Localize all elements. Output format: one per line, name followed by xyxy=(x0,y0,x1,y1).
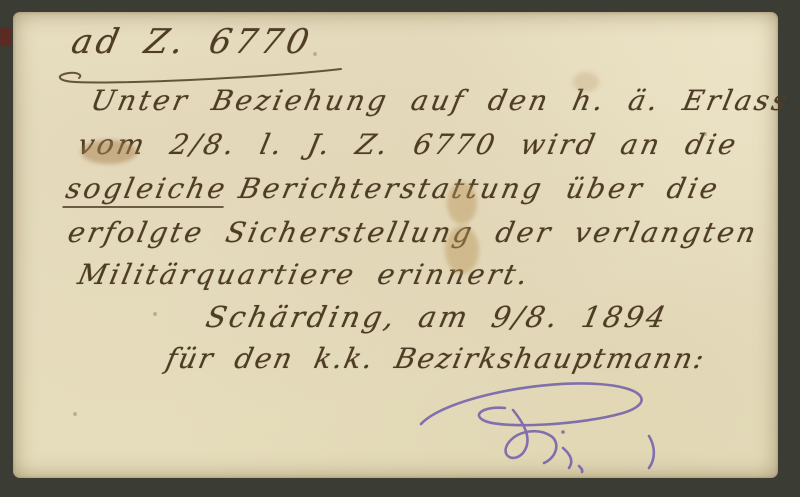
faint-stain-top-right xyxy=(573,72,599,92)
paper-speck xyxy=(153,312,157,316)
body-line-4: erfolgte Sicherstellung der verlangten xyxy=(65,216,762,249)
place-date-line: Schärding, am 9/8. 1894 xyxy=(203,300,672,334)
paper-speck xyxy=(73,412,77,416)
paper-speck xyxy=(703,132,707,136)
body-line-3-rest: Berichterstattung über die xyxy=(236,172,723,205)
scanned-postcard-image: ad Z. 6770 Unter Beziehung auf den h. ä.… xyxy=(0,0,800,497)
signature-flourish-icon xyxy=(413,370,681,478)
paper-speck xyxy=(313,52,317,56)
postcard-paper: ad Z. 6770 Unter Beziehung auf den h. ä.… xyxy=(13,12,778,478)
underlined-word-sogleiche: sogleiche xyxy=(62,172,231,208)
glue-stain-lower xyxy=(445,226,479,274)
ink-smudge-left xyxy=(81,140,137,164)
body-line-2: vom 2/8. l. J. Z. 6770 wird an die xyxy=(75,128,742,161)
glue-stain-upper xyxy=(447,182,477,224)
body-line-3: sogleicheBerichterstattung über die xyxy=(63,172,723,205)
reference-number: ad Z. 6770 xyxy=(68,22,317,62)
body-line-1: Unter Beziehung auf den h. ä. Erlass xyxy=(88,84,793,117)
dark-red-edge-mark xyxy=(0,28,11,46)
